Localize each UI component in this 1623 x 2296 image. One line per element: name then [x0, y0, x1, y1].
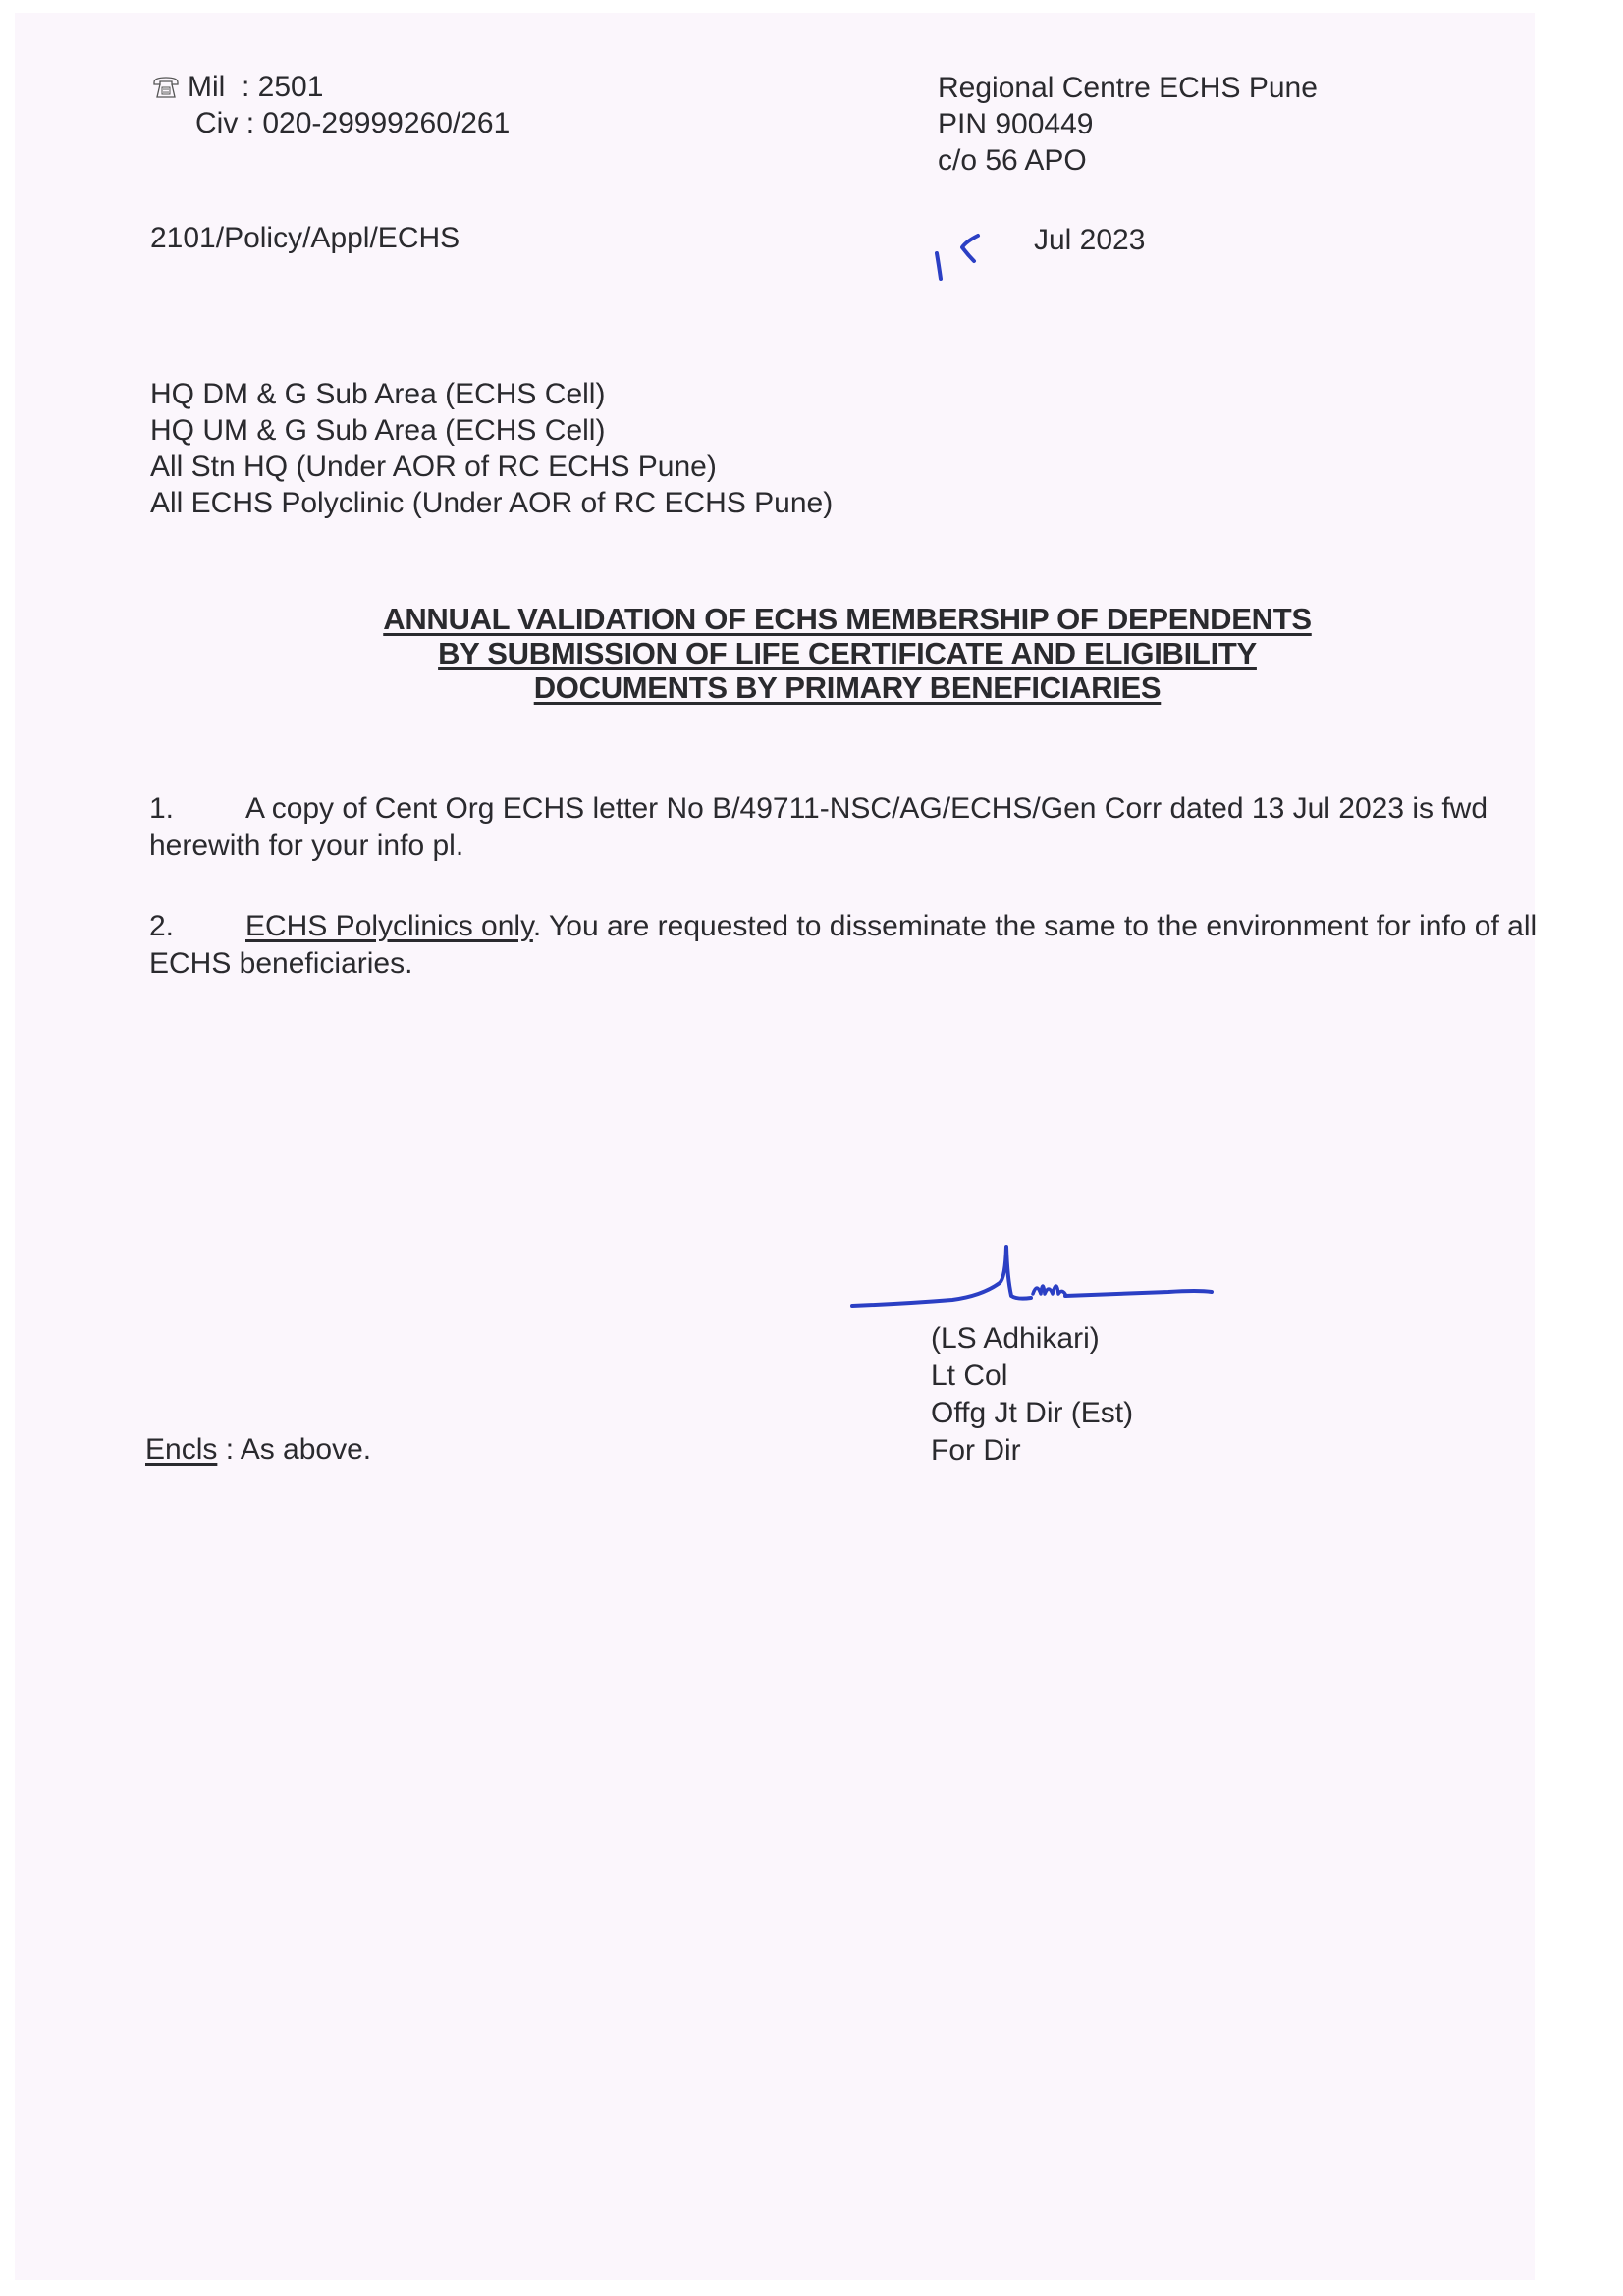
signer-name: (LS Adhikari) — [931, 1320, 1133, 1358]
signer-appointment: Offg Jt Dir (Est) — [931, 1395, 1133, 1432]
signer-for: For Dir — [931, 1432, 1133, 1469]
paragraph-lead: ECHS Polyclinics only — [245, 910, 533, 942]
handwritten-day: 15 — [931, 224, 1009, 285]
paragraph-text: A copy of Cent Org ECHS letter No B/4971… — [149, 792, 1488, 862]
addressee: All ECHS Polyclinic (Under AOR of RC ECH… — [150, 485, 833, 521]
addressee: All Stn HQ (Under AOR of RC ECHS Pune) — [150, 449, 833, 485]
address-line-2: PIN 900449 — [938, 106, 1318, 142]
paragraph-2: 2.ECHS Polyclinics only. You are request… — [149, 908, 1558, 983]
reference-number: 2101/Policy/Appl/ECHS — [150, 220, 460, 256]
addressee: HQ UM & G Sub Area (ECHS Cell) — [150, 412, 833, 449]
subject-line-1: ANNUAL VALIDATION OF ECHS MEMBERSHIP OF … — [150, 602, 1544, 636]
address-line-1: Regional Centre ECHS Pune — [938, 70, 1318, 106]
civ-label: Civ — [195, 107, 238, 139]
sender-address: Regional Centre ECHS Pune PIN 900449 c/o… — [938, 70, 1318, 179]
mil-value: 2501 — [258, 69, 324, 105]
paragraph-number: 1. — [149, 790, 245, 828]
signer-block: (LS Adhikari) Lt Col Offg Jt Dir (Est) F… — [931, 1320, 1133, 1469]
enclosure-label: Encls — [145, 1433, 217, 1466]
signature — [844, 1239, 1217, 1317]
mil-phone-line: Mil : 2501 — [152, 69, 510, 105]
subject-line-2: BY SUBMISSION OF LIFE CERTIFICATE AND EL… — [150, 636, 1544, 670]
civ-phone-line: Civ : 020-29999260/261 — [152, 105, 510, 141]
paragraph-number: 2. — [149, 908, 245, 945]
telephone-icon — [152, 76, 180, 99]
subject-heading: ANNUAL VALIDATION OF ECHS MEMBERSHIP OF … — [150, 602, 1544, 705]
address-line-3: c/o 56 APO — [938, 142, 1318, 179]
subject-line-3: DOCUMENTS BY PRIMARY BENEFICIARIES — [150, 670, 1544, 705]
enclosure-value: : As above. — [217, 1433, 371, 1466]
enclosure-note: Encls : As above. — [145, 1431, 371, 1468]
date-month-year: Jul 2023 — [1034, 222, 1145, 258]
mil-label: Mil — [188, 69, 225, 105]
civ-separator: : — [246, 107, 263, 139]
document-page — [15, 13, 1535, 2280]
contact-block: Mil : 2501 Civ : 020-29999260/261 — [152, 69, 510, 141]
paragraph-1: 1.A copy of Cent Org ECHS letter No B/49… — [149, 790, 1558, 865]
addressee: HQ DM & G Sub Area (ECHS Cell) — [150, 376, 833, 412]
civ-value: 020-29999260/261 — [262, 107, 510, 139]
addressee-list: HQ DM & G Sub Area (ECHS Cell) HQ UM & G… — [150, 376, 833, 521]
mil-separator: : — [225, 69, 257, 105]
signer-rank: Lt Col — [931, 1358, 1133, 1395]
